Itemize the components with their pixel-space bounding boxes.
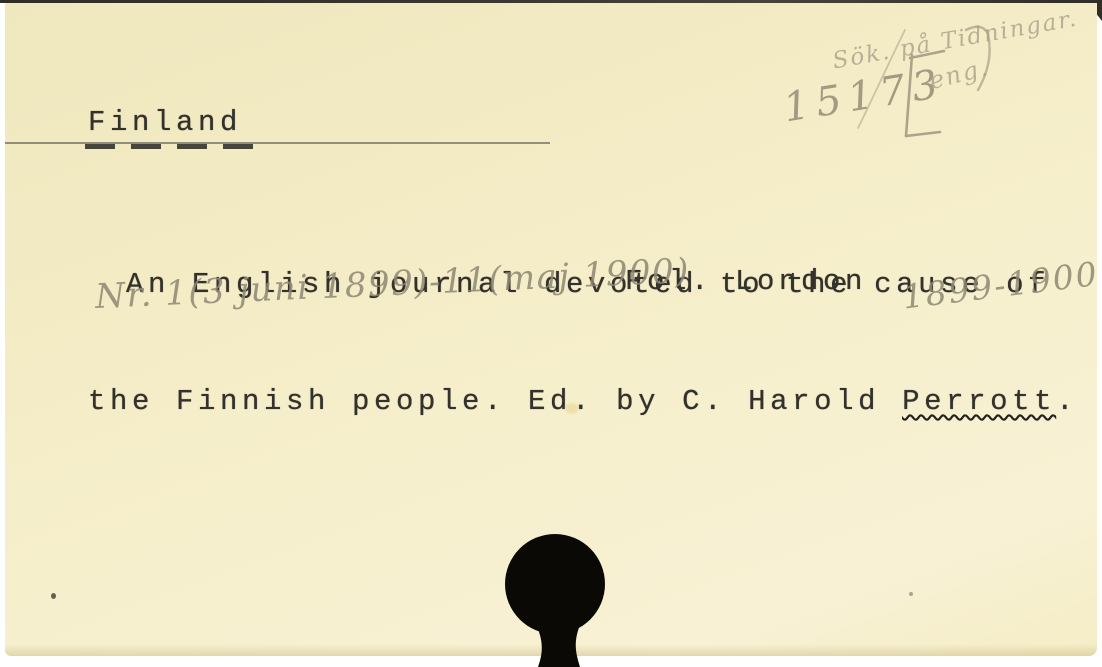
paper-stain [565, 403, 579, 414]
body-line-2-end: . [1056, 385, 1078, 418]
card-body-text: An English journal devoted to the cause … [88, 187, 1078, 499]
body-line-2-underlined-name: Perrott [902, 385, 1056, 418]
heading-dashed-underline [85, 144, 257, 149]
ink-speck [909, 592, 913, 596]
body-line-2-start: the Finnish people. Ed. by C. Harold [88, 385, 902, 418]
heading-rule-line [5, 142, 550, 144]
catalog-card: Finland An English journal devoted to th… [5, 3, 1097, 656]
pencil-top-note-line2: eng. [927, 53, 993, 95]
body-line-2: the Finnish people. Ed. by C. Harold Per… [88, 382, 1078, 421]
pencil-accession-number: 15173 [780, 61, 947, 132]
ink-speck [51, 593, 56, 599]
catalog-card-scan: Finland An English journal devoted to th… [0, 0, 1102, 667]
card-heading: Finland [88, 106, 242, 140]
